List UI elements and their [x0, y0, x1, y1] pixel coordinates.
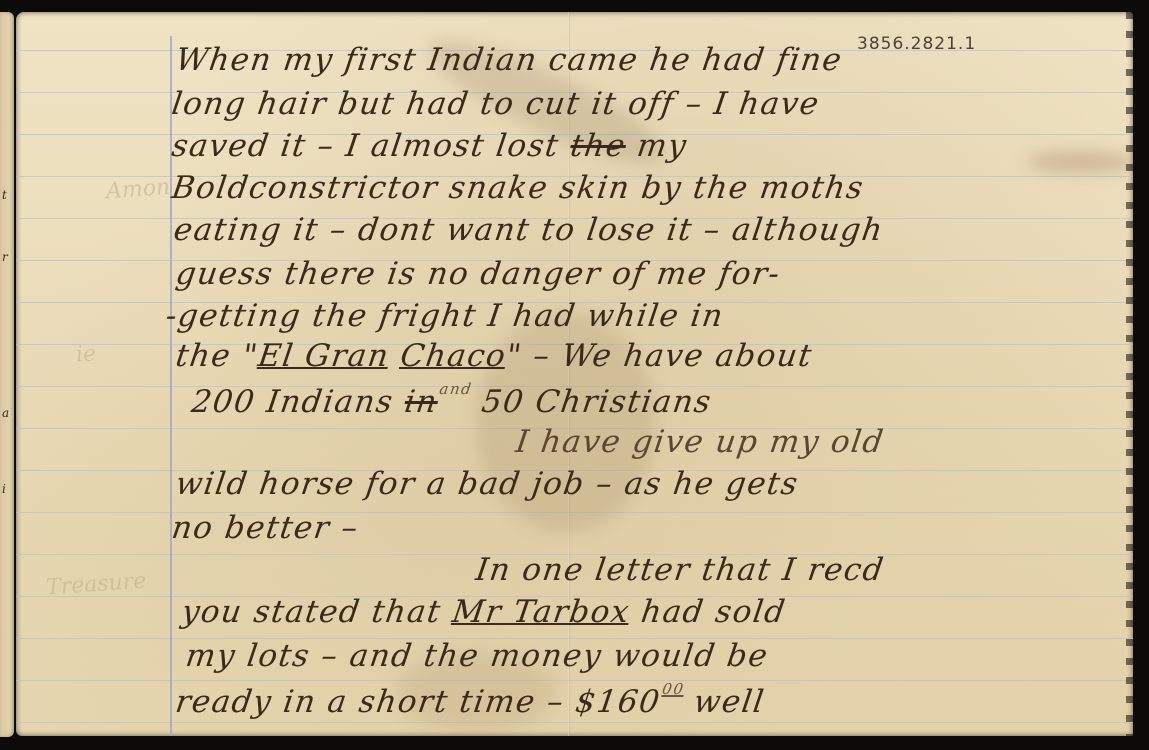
underlined-place-name: El Gran	[256, 338, 392, 374]
letter-line: guess there is no danger of me for-	[173, 256, 783, 292]
letter-line: Boldconstrictor snake skin by the moths	[169, 170, 866, 206]
letter-line: ready in a short time – $16000 well	[173, 680, 768, 720]
letter-line: you stated that Mr Tarbox had sold	[179, 594, 788, 630]
bleed-through-text: ie	[75, 341, 97, 367]
leaf-mark: t	[2, 188, 7, 202]
bleed-through-text: Amon	[105, 175, 171, 204]
margin-line	[170, 36, 172, 736]
leaf-mark: i	[2, 482, 6, 496]
letter-line: the "El Gran Chaco" – We have about	[173, 338, 815, 374]
letter-line: I have give up my old	[513, 424, 886, 460]
letter-line: -getting the fright I had while in	[163, 298, 726, 334]
letter-line: eating it – dont want to lose it – altho…	[171, 212, 886, 248]
leaf-mark: a	[2, 406, 9, 420]
catalog-number: 3856.2821.1	[857, 34, 976, 54]
struck-word: the	[568, 128, 628, 164]
letter-line: When my first Indian came he had fine	[173, 42, 844, 78]
underlined-place-name: Chaco	[398, 338, 509, 374]
letter-line: wild horse for a bad job – as he gets	[173, 466, 801, 502]
leaf-mark: r	[2, 250, 8, 264]
letter-line: long hair but had to cut it off – I have	[169, 86, 822, 122]
underlined-name: Mr Tarbox	[450, 594, 633, 630]
cents-superscript: 00	[661, 680, 686, 698]
letter-page: Amon ie Treasure 3856.2821.1 When my fir…	[16, 12, 1133, 736]
previous-page-edge: t r a i	[0, 12, 14, 737]
letter-line: In one letter that I recd	[473, 552, 886, 588]
letter-line: saved it – I almost lost the my	[169, 128, 689, 164]
letter-line: my lots – and the money would be	[183, 638, 770, 674]
letter-line: no better –	[169, 510, 361, 546]
document-viewer: t r a i Amon ie Treasure 3856.2821.1	[0, 0, 1149, 750]
letter-line: 200 Indians inand 50 Christians	[189, 380, 715, 420]
inserted-word: and	[438, 380, 473, 398]
